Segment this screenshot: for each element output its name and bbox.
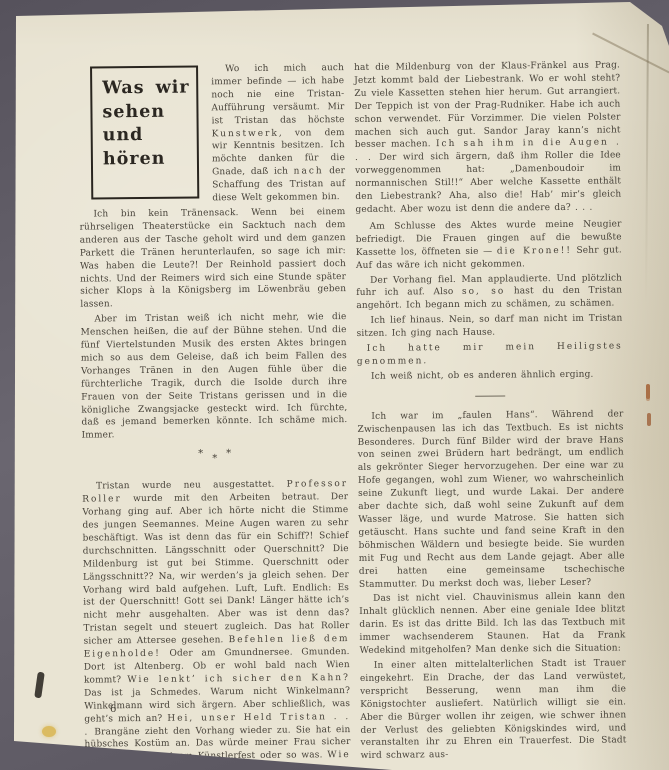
- text-run: Ich war im „faulen Hans“. Während der Zw…: [357, 409, 624, 589]
- paragraph: Ich weiß nicht, ob es anderen ähnlich er…: [357, 368, 623, 383]
- text-run: die Krone!!: [497, 246, 572, 257]
- paragraph: In einer alten mittelalterlichen Stadt i…: [360, 657, 627, 763]
- text-run: Das ist nicht viel. Chauvinismus allein …: [359, 592, 625, 656]
- rule-separator: [475, 395, 505, 396]
- text-run: Tristan wurde neu ausgestattet.: [96, 480, 287, 492]
- paper-blemish: [34, 672, 45, 699]
- text-run: wurde mit den Arbeiten betraut. Der Vorh…: [82, 492, 349, 647]
- scan-background: Was wir sehen und hören Wo ich mich auch…: [0, 0, 669, 770]
- section-title-line: sehen: [102, 100, 190, 124]
- paper-blemish: [646, 384, 650, 399]
- text-run: Ich bin kein Tränensack. Wenn bei einem …: [80, 207, 347, 310]
- text-run: Wie lenkt’ ich sicher den Kahn?: [127, 673, 350, 685]
- text-run: Brangäne zieht den Vorhang wieder zu. Si…: [84, 725, 350, 763]
- page-number: 6: [110, 704, 117, 715]
- asterisk-glyph: *: [212, 455, 217, 465]
- paragraph: hat die Mildenburg von der Klaus-Fränkel…: [354, 59, 621, 216]
- text-run: Das: [283, 764, 305, 770]
- asterisk-glyph: *: [226, 449, 231, 459]
- text-run: Ich hatte mir mein Heiligstes genommen.: [357, 341, 623, 366]
- text-run: In einer alten mittelalterlichen Stadt i…: [360, 658, 627, 761]
- text-run: Ich lief hinaus. Nein, so darf man nicht…: [357, 314, 623, 339]
- text-run: nach: [294, 166, 324, 176]
- asterisk-separator: ***: [82, 448, 348, 475]
- text-run: Kunstwerk: [212, 128, 279, 139]
- paragraph: Ich hatte mir mein Heiligstes genommen.: [357, 340, 623, 368]
- text-run: so, so: [462, 287, 505, 297]
- paragraph: Aber im Tristan weiß ich nicht mehr, wie…: [80, 311, 347, 443]
- paragraph: Das ist nicht viel. Chauvinismus allein …: [359, 591, 626, 658]
- asterisk-glyph: *: [198, 450, 203, 460]
- two-column-layout: Was wir sehen und hören Wo ich mich auch…: [78, 59, 627, 770]
- paragraph: Ich bin kein Tränensack. Wenn bei einem …: [79, 206, 346, 312]
- text-run: Ich weiß nicht, ob es anderen ähnlich er…: [371, 370, 594, 382]
- paper-blemish: [42, 726, 56, 737]
- left-column: Was wir sehen und hören Wo ich mich auch…: [78, 62, 351, 770]
- paragraph: Tristan wurde neu ausgestattet. Professo…: [82, 478, 351, 770]
- section-title-box: Was wir sehen und hören: [90, 65, 199, 199]
- text-run: Wo ich mich auch immer befinde — ich hab…: [211, 63, 344, 126]
- right-column: hat die Mildenburg von der Klaus-Fränkel…: [354, 59, 627, 770]
- section-title-line: und: [103, 124, 191, 148]
- book-page: Was wir sehen und hören Wo ich mich auch…: [0, 0, 669, 770]
- paper-blemish: [647, 413, 651, 426]
- paragraph: Ich lief hinaus. Nein, so darf man nicht…: [356, 313, 622, 341]
- page-fold-line: [645, 24, 649, 304]
- section-title-line: Was wir: [102, 77, 190, 101]
- paragraph: Am Schlusse des Aktes wurde meine Neugie…: [356, 218, 622, 272]
- page-content: Was wir sehen und hören Wo ich mich auch…: [78, 59, 627, 770]
- paragraph: Der Vorhang fiel. Man applaudierte. Und …: [356, 272, 622, 313]
- text-run: Aber im Tristan weiß ich nicht mehr, wie…: [81, 312, 348, 441]
- text-run: Der wird sich ärgern, daß ihm Roller die…: [355, 151, 621, 215]
- paragraph: Ich war im „faulen Hans“. Während der Zw…: [357, 408, 625, 591]
- section-title-line: hören: [103, 147, 191, 171]
